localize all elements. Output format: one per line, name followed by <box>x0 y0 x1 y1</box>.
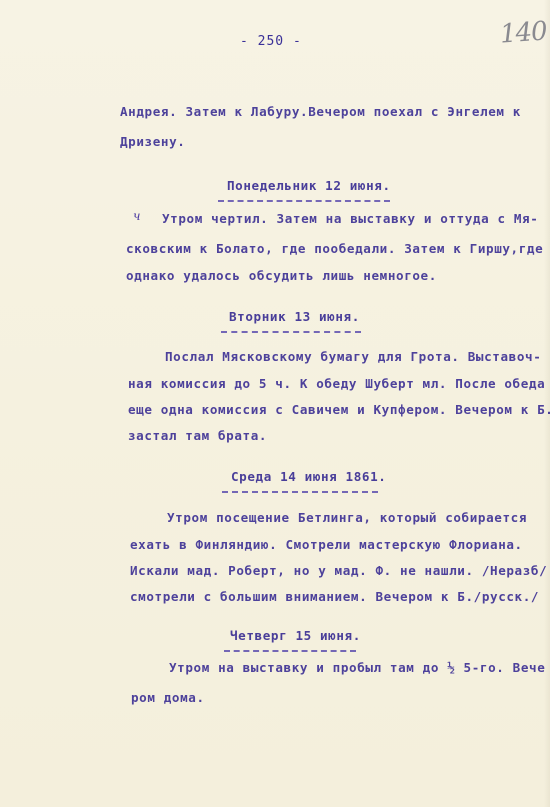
document-page: - 250 - 140 Андрея. Затем к Лабуру.Вечер… <box>0 0 550 807</box>
entry-line: Послал Мясковскому бумагу для Грота. Выс… <box>165 349 541 364</box>
entry-heading-wednesday: Среда 14 июня 1861. <box>231 469 386 484</box>
entry-line: ром дома. <box>131 690 205 705</box>
entry-line: ехать в Финляндию. Смотрели мастерскую Ф… <box>130 537 523 552</box>
entry-line: Утром чертил. Затем на выставку и оттуда… <box>162 211 538 226</box>
entry-heading-monday: Понедельник 12 июня. <box>227 178 391 193</box>
continuation-line-1: Андрея. Затем к Лабуру.Вечером поехал с … <box>120 104 521 119</box>
heading-underline <box>221 331 361 333</box>
entry-line: Утром на выставку и пробыл там до ½ 5-го… <box>169 660 545 675</box>
entry-line: еще одна комиссия с Савичем и Купфером. … <box>128 402 550 417</box>
page-number: - 250 - <box>240 34 302 49</box>
entry-line: Искали мад. Роберт, но у мад. Ф. не нашл… <box>130 563 547 578</box>
entry-line: ная комиссия до 5 ч. К обеду Шуберт мл. … <box>128 376 545 391</box>
entry-line: смотрели с большим вниманием. Вечером к … <box>130 589 539 604</box>
entry-line: сковским к Болато, где пообедали. Затем … <box>126 241 543 256</box>
entry-line: застал там брата. <box>128 428 267 443</box>
entry-line: однако удалось обсудить лишь немногое. <box>126 268 437 283</box>
entry-line: Утром посещение Бетлинга, который собира… <box>167 510 527 525</box>
handwritten-folio-number: 140 <box>499 16 548 49</box>
entry-heading-thursday: Четверг 15 июня. <box>230 628 361 643</box>
entry-heading-tuesday: Вторник 13 июня. <box>229 309 360 324</box>
margin-mark: ч <box>133 209 140 223</box>
heading-underline <box>218 200 390 202</box>
heading-underline <box>224 650 356 652</box>
heading-underline <box>222 491 378 493</box>
continuation-line-2: Дризену. <box>120 134 185 149</box>
